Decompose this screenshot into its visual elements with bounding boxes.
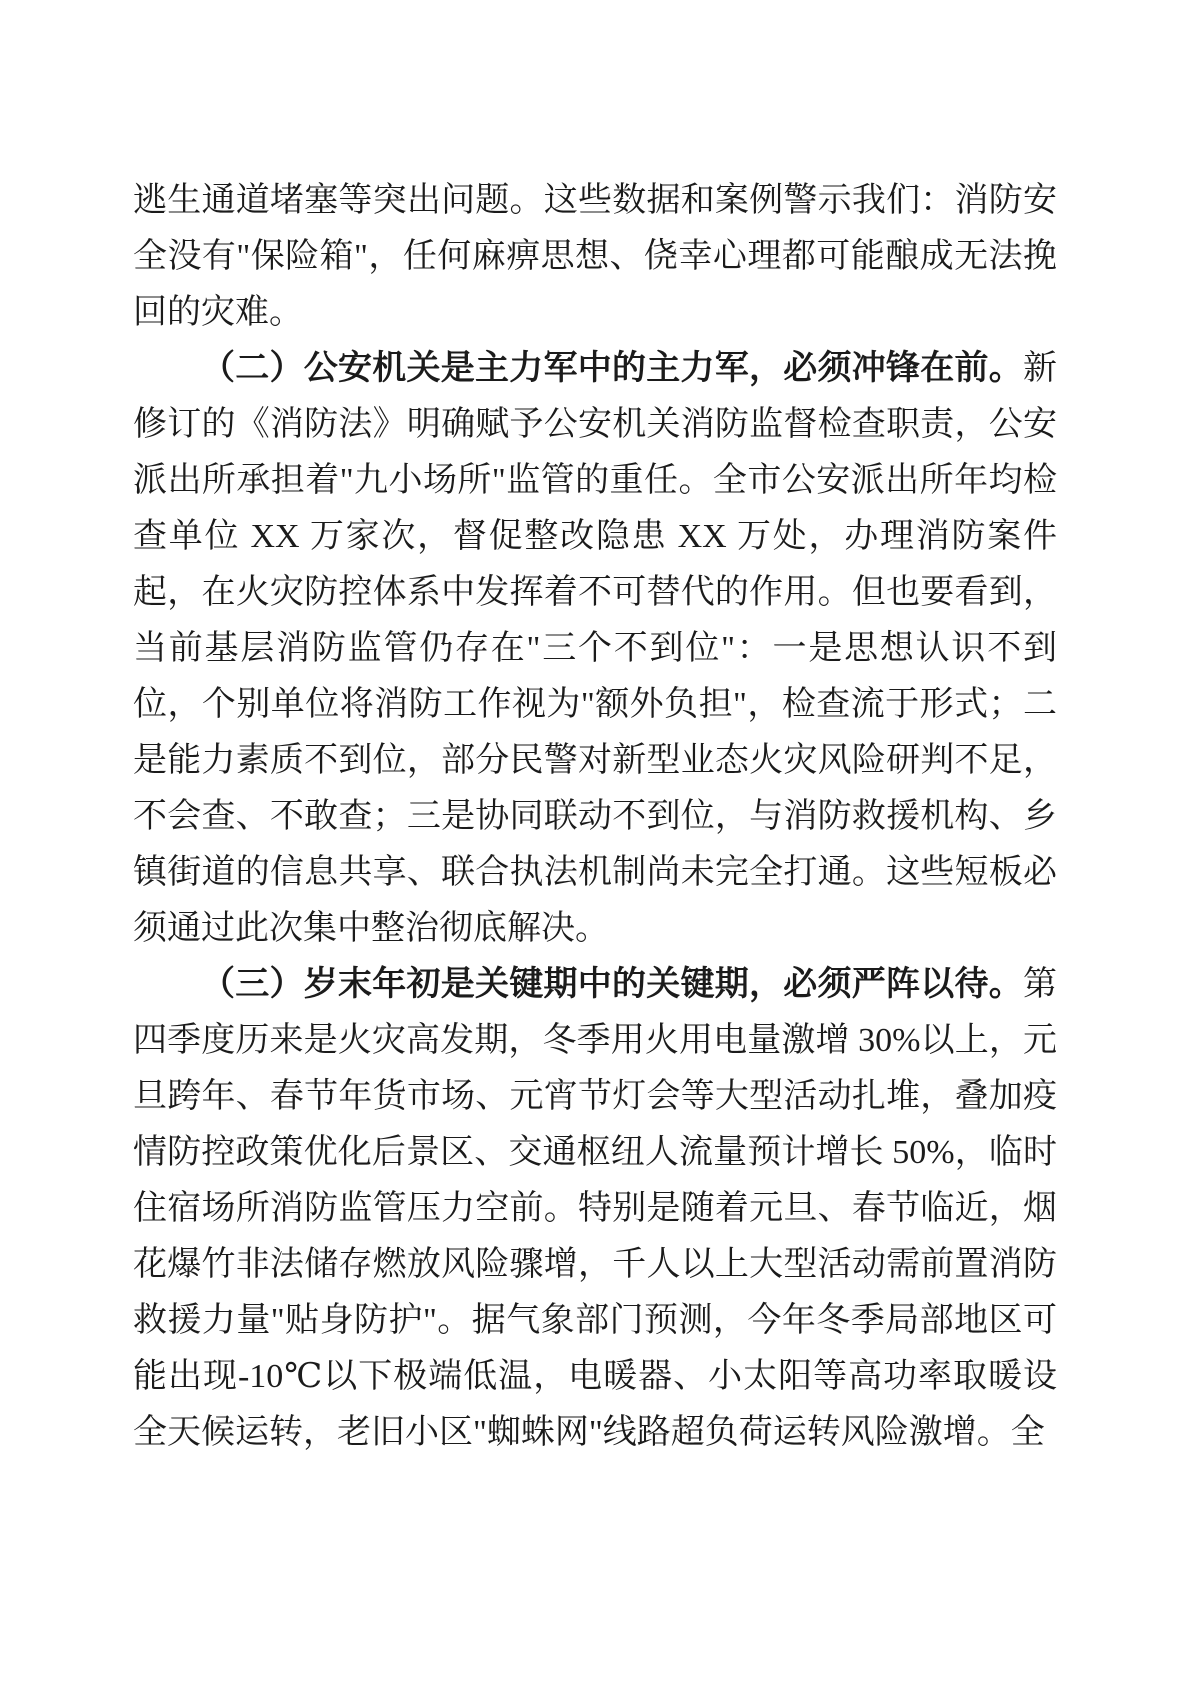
text-line: 救援力量"贴身防护"。据气象部门预测，今年冬季局部地区可 bbox=[133, 1293, 1057, 1349]
text-segment: 能出现-10℃以下极端低温，电暖器、小太阳等高功率取暖设备 bbox=[133, 1358, 1057, 1405]
text-segment: 不会查、不敢查；三是协同联动不到位，与消防救援机构、乡 bbox=[133, 798, 1057, 835]
text-segment: 新 bbox=[1023, 350, 1057, 387]
text-segment: 修订的《消防法》明确赋予公安机关消防监督检查职责，公安 bbox=[133, 406, 1057, 443]
text-line: 全天候运转，老旧小区"蜘蛛网"线路超负荷运转风险激增。全 bbox=[133, 1405, 1057, 1461]
text-line: （二）公安机关是主力军中的主力军，必须冲锋在前。新 bbox=[133, 341, 1057, 397]
text-segment: 全天候运转，老旧小区"蜘蛛网"线路超负荷运转风险激增。全 bbox=[133, 1414, 1045, 1451]
text-segment: 全没有"保险箱"，任何麻痹思想、侥幸心理都可能酿成无法挽 bbox=[133, 238, 1057, 275]
text-column: 逃生通道堵塞等突出问题。这些数据和案例警示我们：消防安全没有"保险箱"，任何麻痹… bbox=[133, 173, 1057, 1461]
text-line: （三）岁末年初是关键期中的关键期，必须严阵以待。第 bbox=[133, 957, 1057, 1013]
text-segment: 旦跨年、春节年货市场、元宵节灯会等大型活动扎堆，叠加疫 bbox=[133, 1078, 1057, 1115]
text-line: 镇街道的信息共享、联合执法机制尚未完全打通。这些短板必 bbox=[133, 845, 1057, 901]
text-line: 起，在火灾防控体系中发挥着不可替代的作用。但也要看到， bbox=[133, 565, 1057, 621]
text-line: 当前基层消防监管仍存在"三个不到位"：一是思想认识不到 bbox=[133, 621, 1057, 677]
text-line: 情防控政策优化后景区、交通枢纽人流量预计增长 50%，临时 bbox=[133, 1125, 1057, 1181]
text-segment: 位，个别单位将消防工作视为"额外负担"，检查流于形式；二 bbox=[133, 686, 1057, 723]
text-line: 须通过此次集中整治彻底解决。 bbox=[133, 901, 1057, 957]
text-segment: 须通过此次集中整治彻底解决。 bbox=[133, 910, 609, 947]
text-line: 不会查、不敢查；三是协同联动不到位，与消防救援机构、乡 bbox=[133, 789, 1057, 845]
paragraph-heading-text: （二）公安机关是主力军中的主力军，必须冲锋在前。 bbox=[201, 350, 1023, 387]
text-segment: 派出所承担着"九小场所"监管的重任。全市公安派出所年均检 bbox=[133, 462, 1057, 499]
text-segment: 回的灾难。 bbox=[133, 294, 303, 331]
text-line: 查单位 XX 万家次，督促整改隐患 XX 万处，办理消防案件 XX bbox=[133, 509, 1057, 565]
text-segment: 当前基层消防监管仍存在"三个不到位"：一是思想认识不到 bbox=[133, 630, 1057, 667]
text-line: 能出现-10℃以下极端低温，电暖器、小太阳等高功率取暖设备 bbox=[133, 1349, 1057, 1405]
text-segment: 逃生通道堵塞等突出问题。这些数据和案例警示我们：消防安 bbox=[133, 182, 1057, 219]
text-segment: 四季度历来是火灾高发期，冬季用火用电量激增 30%以上，元 bbox=[133, 1022, 1057, 1059]
text-segment: 镇街道的信息共享、联合执法机制尚未完全打通。这些短板必 bbox=[133, 854, 1057, 891]
text-segment: 起，在火灾防控体系中发挥着不可替代的作用。但也要看到， bbox=[133, 574, 1057, 611]
paragraph-heading-text: （三）岁末年初是关键期中的关键期，必须严阵以待。 bbox=[201, 966, 1023, 1003]
text-line: 是能力素质不到位，部分民警对新型业态火灾风险研判不足， bbox=[133, 733, 1057, 789]
text-line: 住宿场所消防监管压力空前。特别是随着元旦、春节临近，烟 bbox=[133, 1181, 1057, 1237]
text-line: 回的灾难。 bbox=[133, 285, 1057, 341]
text-segment: 是能力素质不到位，部分民警对新型业态火灾风险研判不足， bbox=[133, 742, 1057, 779]
text-segment: 情防控政策优化后景区、交通枢纽人流量预计增长 50%，临时 bbox=[133, 1134, 1057, 1171]
text-segment: 第 bbox=[1023, 966, 1057, 1003]
text-segment: 花爆竹非法储存燃放风险骤增，千人以上大型活动需前置消防 bbox=[133, 1246, 1057, 1283]
text-segment: 查单位 XX 万家次，督促整改隐患 XX 万处，办理消防案件 XX bbox=[133, 518, 1057, 565]
text-line: 位，个别单位将消防工作视为"额外负担"，检查流于形式；二 bbox=[133, 677, 1057, 733]
text-line: 派出所承担着"九小场所"监管的重任。全市公安派出所年均检 bbox=[133, 453, 1057, 509]
text-line: 全没有"保险箱"，任何麻痹思想、侥幸心理都可能酿成无法挽 bbox=[133, 229, 1057, 285]
document-page: 逃生通道堵塞等突出问题。这些数据和案例警示我们：消防安全没有"保险箱"，任何麻痹… bbox=[0, 0, 1190, 1683]
text-segment: 救援力量"贴身防护"。据气象部门预测，今年冬季局部地区可 bbox=[133, 1302, 1057, 1339]
text-line: 旦跨年、春节年货市场、元宵节灯会等大型活动扎堆，叠加疫 bbox=[133, 1069, 1057, 1125]
text-line: 修订的《消防法》明确赋予公安机关消防监督检查职责，公安 bbox=[133, 397, 1057, 453]
text-segment: 住宿场所消防监管压力空前。特别是随着元旦、春节临近，烟 bbox=[133, 1190, 1057, 1227]
text-line: 花爆竹非法储存燃放风险骤增，千人以上大型活动需前置消防 bbox=[133, 1237, 1057, 1293]
text-line: 逃生通道堵塞等突出问题。这些数据和案例警示我们：消防安 bbox=[133, 173, 1057, 229]
text-line: 四季度历来是火灾高发期，冬季用火用电量激增 30%以上，元 bbox=[133, 1013, 1057, 1069]
